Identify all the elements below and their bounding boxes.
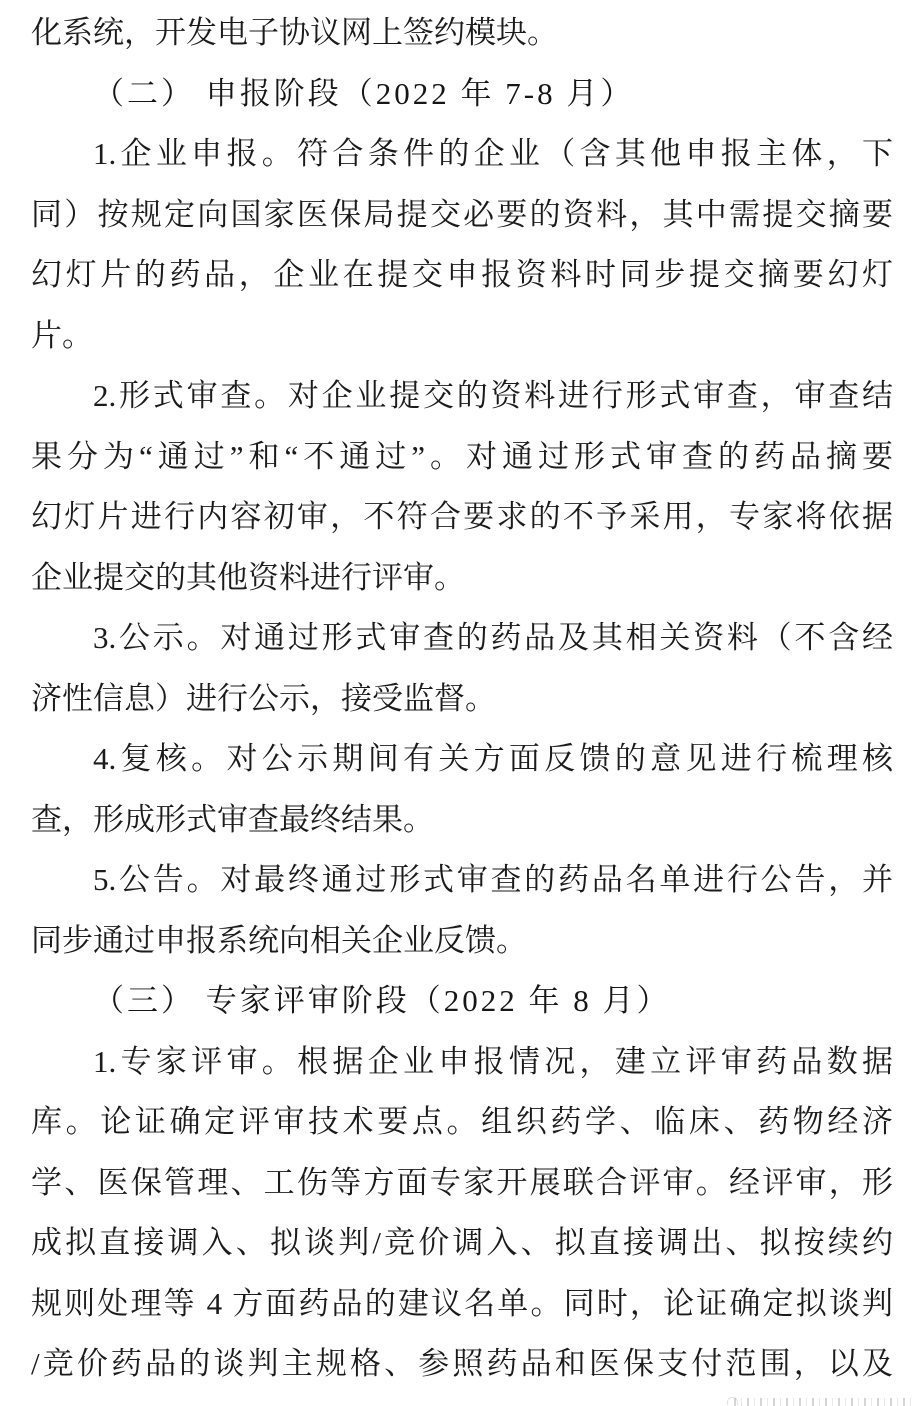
- text-line: 库。论证确定评审技术要点。组织药学、临床、药物经济: [31, 1092, 893, 1153]
- text-line: 1.企业申报。符合条件的企业（含其他申报主体，下: [31, 124, 893, 185]
- section-heading: （三） 专家评审阶段（2022 年 8 月）: [31, 971, 893, 1032]
- text-line: 果分为“通过”和“不通过”。对通过形式审查的药品摘要: [31, 427, 893, 488]
- footer-watermark-fragment: [734, 1398, 916, 1406]
- document-page: 化系统，开发电子协议网上签约模块。 （二） 申报阶段（2022 年 7-8 月）…: [0, 0, 924, 1406]
- text-line: 2.形式审查。对企业提交的资料进行形式审查，审查结: [31, 366, 893, 427]
- text-line: 规则处理等 4 方面药品的建议名单。同时，论证确定拟谈判: [31, 1274, 893, 1335]
- text-line: 1.专家评审。根据企业申报情况，建立评审药品数据: [31, 1032, 893, 1093]
- text-line: 学、医保管理、工伤等方面专家开展联合评审。经评审，形: [31, 1153, 893, 1214]
- text-line: 片。: [31, 306, 893, 367]
- text-line: 查，形成形式审查最终结果。: [31, 790, 893, 851]
- text-line: 济性信息）进行公示，接受监督。: [31, 669, 893, 730]
- text-line: /竞价药品的谈判主规格、参照药品和医保支付范围，以及: [31, 1334, 893, 1395]
- text-line: 幻灯片进行内容初审，不符合要求的不予采用，专家将依据: [31, 487, 893, 548]
- text-line: 4.复核。对公示期间有关方面反馈的意见进行梳理核: [31, 729, 893, 790]
- text-line: 企业提交的其他资料进行评审。: [31, 548, 893, 609]
- section-heading: （二） 申报阶段（2022 年 7-8 月）: [31, 64, 893, 125]
- text-line: 3.公示。对通过形式审查的药品及其相关资料（不含经: [31, 608, 893, 669]
- text-line: 5.公告。对最终通过形式审查的药品名单进行公告，并: [31, 850, 893, 911]
- text-line: 同步通过申报系统向相关企业反馈。: [31, 911, 893, 972]
- text-line: 成拟直接调入、拟谈判/竞价调入、拟直接调出、拟按续约: [31, 1213, 893, 1274]
- text-line: 化系统，开发电子协议网上签约模块。: [31, 3, 893, 64]
- text-line: 同）按规定向国家医保局提交必要的资料，其中需提交摘要: [31, 185, 893, 246]
- text-line: 幻灯片的药品，企业在提交申报资料时同步提交摘要幻灯: [31, 245, 893, 306]
